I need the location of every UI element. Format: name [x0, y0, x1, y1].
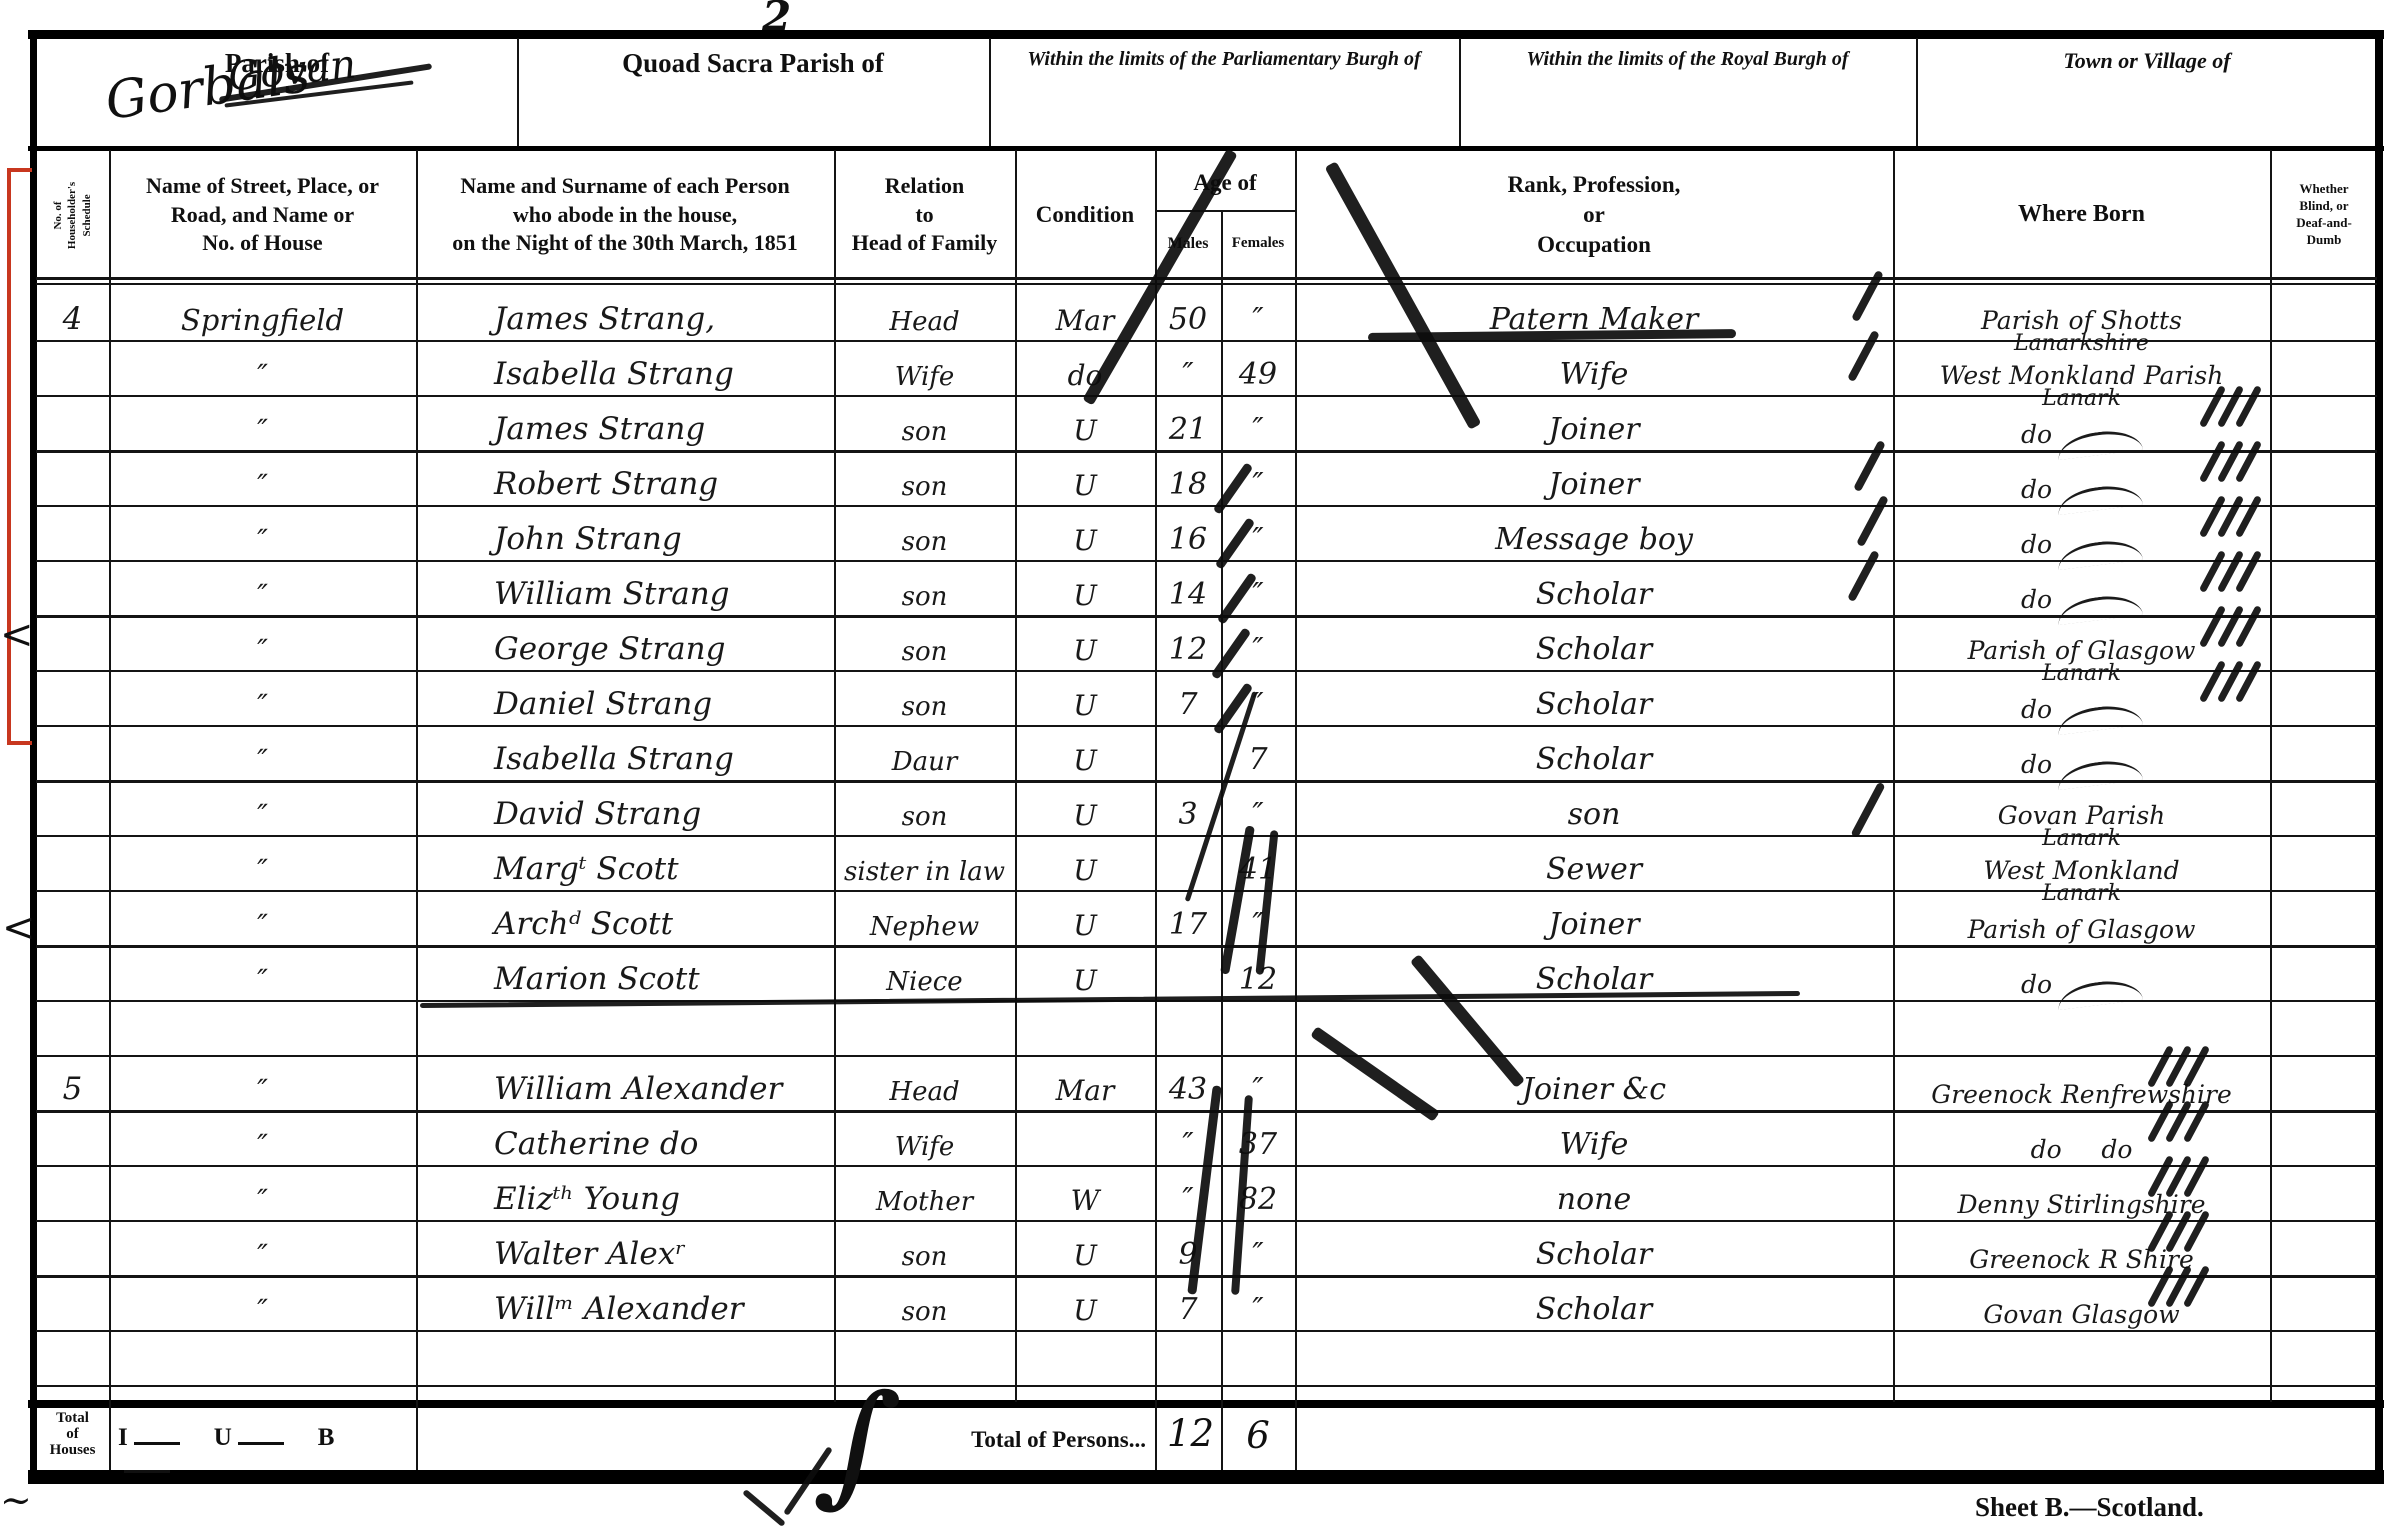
table-row: ″Archᵈ ScottNephewU17″JoinerParish of Gl…	[0, 890, 2406, 945]
cell-street: ″	[109, 505, 416, 560]
row-rule	[36, 1110, 2377, 1113]
born-value: do	[2021, 587, 2052, 612]
cell-schedule	[36, 505, 109, 560]
born-text: Govan Parish	[1998, 803, 2166, 828]
red-bracket-tick-top	[7, 168, 32, 172]
border-total-top	[28, 1400, 2384, 1408]
column-rule	[416, 150, 418, 1470]
total-houses-categories: IUB	[118, 1424, 416, 1480]
table-row: ″Isabella StrangDaurU7Scholardo	[0, 725, 2406, 780]
row-rule	[36, 1275, 2377, 1278]
row-rule	[36, 450, 2377, 453]
cell-disability	[2270, 450, 2378, 505]
born-text: West Monkland	[1983, 858, 2179, 883]
cell-name: Elizᵗʰ Young	[416, 1165, 834, 1220]
cell-condition: U	[1015, 780, 1155, 835]
row-rule	[36, 670, 2377, 672]
cell-disability	[2270, 1220, 2378, 1275]
cell-age_m	[1155, 1330, 1221, 1385]
cell-street: ″	[109, 340, 416, 395]
cell-born: do do	[1893, 1110, 2270, 1165]
cell-disability	[2270, 835, 2378, 890]
column-header-relation: Relation to Head of Family	[834, 154, 1015, 276]
quoad-sacra-section: Quoad Sacra Parish of	[517, 38, 989, 146]
cell-occupation: Joiner	[1295, 450, 1893, 505]
born-text: do	[2021, 587, 2142, 612]
houses-category-letter: U	[214, 1424, 232, 1451]
table-row: 4SpringfieldJames Strang,HeadMar50″Pater…	[0, 285, 2406, 340]
born-text: Parish of Glasgow	[1968, 638, 2196, 663]
born-value: do	[2021, 422, 2052, 447]
cell-disability	[2270, 395, 2378, 450]
cell-name: Willᵐ Alexander	[416, 1275, 834, 1330]
born-value: do	[2021, 752, 2052, 777]
cell-schedule	[36, 890, 109, 945]
cell-relation: son	[834, 670, 1015, 725]
cell-street: ″	[109, 450, 416, 505]
born-value: do	[2021, 972, 2052, 997]
cell-disability	[2270, 890, 2378, 945]
cell-name: William Strang	[416, 560, 834, 615]
row-rule	[36, 725, 2377, 727]
table-row: ″David StrangsonU3″sonGovan ParishLanark	[0, 780, 2406, 835]
cell-age_m: ″	[1155, 1165, 1221, 1220]
cell-name: Margᵗ Scott	[416, 835, 834, 890]
cell-born: Govan Glasgow	[1893, 1275, 2270, 1330]
cell-born: West Monkland ParishLanark	[1893, 340, 2270, 395]
cell-name: Archᵈ Scott	[416, 890, 834, 945]
cell-occupation: son	[1295, 780, 1893, 835]
cell-age_m: 14	[1155, 560, 1221, 615]
cell-schedule	[36, 395, 109, 450]
blank-rule	[134, 1442, 180, 1445]
table-row	[0, 1330, 2406, 1385]
row-rule	[36, 340, 2377, 342]
cell-born: Greenock Renfrewshire	[1893, 1055, 2270, 1110]
royal-burgh-section: Within the limits of the Royal Burgh of	[1459, 38, 1916, 146]
row-rule	[36, 1330, 2377, 1332]
born-value: do	[2021, 697, 2052, 722]
cell-schedule	[36, 1165, 109, 1220]
cell-relation: Head	[834, 1055, 1015, 1110]
row-rule	[36, 890, 2377, 892]
cell-disability	[2270, 1055, 2378, 1110]
column-rule	[1221, 210, 1223, 1470]
cell-relation: son	[834, 560, 1015, 615]
cell-age_f: 37	[1221, 1110, 1295, 1165]
cell-condition: U	[1015, 615, 1155, 670]
cell-age_m: 50	[1155, 285, 1221, 340]
houses-category: U	[214, 1424, 284, 1451]
born-text: West Monkland Parish	[1940, 363, 2224, 388]
cell-disability	[2270, 505, 2378, 560]
cell-name	[416, 1000, 834, 1055]
cell-relation: Niece	[834, 945, 1015, 1000]
cell-disability	[2270, 725, 2378, 780]
cell-relation: sister in law	[834, 835, 1015, 890]
cell-condition: Mar	[1015, 1055, 1155, 1110]
born-value: Govan Parish	[1998, 803, 2166, 828]
column-rule	[1155, 150, 1157, 1470]
cell-age_m	[1155, 1000, 1221, 1055]
margin-ink-mark: <	[0, 612, 34, 658]
cell-disability	[2270, 945, 2378, 1000]
cell-age_f: ″	[1221, 780, 1295, 835]
cell-occupation: Joiner	[1295, 395, 1893, 450]
cell-disability	[2270, 340, 2378, 395]
cell-schedule	[36, 835, 109, 890]
column-header-name: Name and Surname of each Person who abod…	[416, 154, 834, 276]
cell-schedule	[36, 560, 109, 615]
cell-street: Springfield	[109, 285, 416, 340]
cell-relation: son	[834, 395, 1015, 450]
cell-age_m: 7	[1155, 670, 1221, 725]
cell-disability	[2270, 780, 2378, 835]
schedule-header-label: No. of Householder's Schedule	[51, 178, 94, 251]
margin-ink-mark: ~	[0, 1478, 32, 1522]
cell-street: ″	[109, 395, 416, 450]
table-row: ″Robert StrangsonU18″Joinerdo	[0, 450, 2406, 505]
cell-street: ″	[109, 780, 416, 835]
cell-age_m: 21	[1155, 395, 1221, 450]
cell-street: ″	[109, 835, 416, 890]
cell-occupation: Scholar	[1295, 670, 1893, 725]
cell-age_f: 41	[1221, 835, 1295, 890]
cell-street: ″	[109, 1110, 416, 1165]
born-text: do	[2021, 532, 2142, 557]
cell-occupation: Scholar	[1295, 615, 1893, 670]
born-value: do do	[2031, 1137, 2133, 1162]
cell-street: ″	[109, 1275, 416, 1330]
row-rule	[36, 560, 2377, 562]
cell-schedule	[36, 340, 109, 395]
cell-relation: Wife	[834, 340, 1015, 395]
born-value: Parish of Shotts	[1981, 308, 2182, 333]
column-rule	[1459, 38, 1461, 146]
cell-street: ″	[109, 725, 416, 780]
cell-occupation: Sewer	[1295, 835, 1893, 890]
cell-schedule	[36, 1330, 109, 1385]
parliamentary-burgh-label: Within the limits of the Parliamentary B…	[1027, 48, 1420, 71]
column-header-street: Name of Street, Place, or Road, and Name…	[109, 154, 416, 276]
cell-age_m	[1155, 725, 1221, 780]
cell-age_m: ″	[1155, 340, 1221, 395]
cell-disability	[2270, 670, 2378, 725]
cell-born: Parish of Glasgow	[1893, 890, 2270, 945]
cell-condition: U	[1015, 1220, 1155, 1275]
cell-age_f: ″	[1221, 1055, 1295, 1110]
blank-rule	[238, 1442, 284, 1445]
cell-schedule	[36, 1275, 109, 1330]
column-header-age-females: Females	[1221, 212, 1295, 276]
cell-schedule	[36, 945, 109, 1000]
cell-age_f: 49	[1221, 340, 1295, 395]
cell-occupation: Scholar	[1295, 560, 1893, 615]
cell-relation: son	[834, 780, 1015, 835]
houses-category-letter: I	[118, 1424, 128, 1451]
born-text: Greenock R Shire	[1969, 1247, 2194, 1272]
cell-disability	[2270, 285, 2378, 340]
sheet-footer-label: Sheet B.—Scotland.	[1975, 1492, 2204, 1523]
town-village-label: Town or Village of	[2063, 48, 2230, 74]
cell-street: ″	[109, 615, 416, 670]
cell-name: Robert Strang	[416, 450, 834, 505]
born-value: do	[2021, 477, 2052, 502]
cell-name: Marion Scott	[416, 945, 834, 1000]
born-value: West Monkland Parish	[1940, 363, 2224, 388]
cell-street: ″	[109, 1165, 416, 1220]
cell-name: Walter Alexʳ	[416, 1220, 834, 1275]
row-rule	[36, 1385, 2377, 1387]
table-row: ″James StrangsonU21″Joinerdo	[0, 395, 2406, 450]
cell-age_m: 16	[1155, 505, 1221, 560]
born-text: Parish of Glasgow	[1968, 917, 2196, 942]
cell-condition: U	[1015, 890, 1155, 945]
column-rule	[109, 150, 111, 1470]
cell-disability	[2270, 615, 2378, 670]
cell-occupation: Scholar	[1295, 1275, 1893, 1330]
cell-name: George Strang	[416, 615, 834, 670]
cell-name: John Strang	[416, 505, 834, 560]
table-row: ″John StrangsonU16″Message boydo	[0, 505, 2406, 560]
cell-born: Greenock R Shire	[1893, 1220, 2270, 1275]
cell-born: West MonklandLanark	[1893, 835, 2270, 890]
column-rule	[1015, 150, 1017, 1402]
margin-ink-mark: <	[2, 905, 36, 951]
cell-condition	[1015, 1000, 1155, 1055]
column-rule	[1295, 150, 1297, 1470]
row-rule	[36, 1055, 2377, 1057]
cell-name: James Strang,	[416, 285, 834, 340]
cell-name: William Alexander	[416, 1055, 834, 1110]
total-houses-label: Total of Houses	[36, 1411, 109, 1458]
table-row	[0, 1000, 2406, 1055]
cell-name: Daniel Strang	[416, 670, 834, 725]
born-text: do do	[2031, 1137, 2133, 1162]
born-value: West Monkland	[1983, 858, 2179, 883]
check-ink-mark	[742, 1489, 786, 1527]
cell-street: ″	[109, 1055, 416, 1110]
cell-name: Isabella Strang	[416, 725, 834, 780]
houses-category: I	[118, 1424, 180, 1451]
cell-age_m	[1155, 835, 1221, 890]
cell-occupation	[1295, 1000, 1893, 1055]
cell-relation: Wife	[834, 1110, 1015, 1165]
column-rule	[2270, 150, 2272, 1402]
column-rule	[1893, 150, 1895, 1402]
cell-name: James Strang	[416, 395, 834, 450]
quoad-sacra-label: Quoad Sacra Parish of	[622, 48, 884, 79]
cell-schedule	[36, 1220, 109, 1275]
cell-born: Govan ParishLanark	[1893, 780, 2270, 835]
cell-born	[1893, 1330, 2270, 1385]
cell-disability	[2270, 560, 2378, 615]
cell-schedule	[36, 1110, 109, 1165]
cell-condition: W	[1015, 1165, 1155, 1220]
cell-age_f	[1221, 1000, 1295, 1055]
total-persons-label: Total of Persons...	[880, 1428, 1146, 1452]
cell-condition: U	[1015, 835, 1155, 890]
table-row: ″Willᵐ AlexandersonU7″ScholarGovan Glasg…	[0, 1275, 2406, 1330]
cell-condition: U	[1015, 670, 1155, 725]
cell-street: ″	[109, 1220, 416, 1275]
cell-relation: son	[834, 450, 1015, 505]
red-bracket-tick-bottom	[7, 741, 32, 745]
cell-relation	[834, 1000, 1015, 1055]
cell-born: do	[1893, 945, 2270, 1000]
table-row: ″George StrangsonU12″ScholarParish of Gl…	[0, 615, 2406, 670]
born-value: Parish of Glasgow	[1968, 638, 2196, 663]
cell-condition: U	[1015, 945, 1155, 1000]
cell-street	[109, 1330, 416, 1385]
cell-born: Parish of ShottsLanarkshire	[1893, 285, 2270, 340]
cell-occupation: Scholar	[1295, 945, 1893, 1000]
cell-occupation: none	[1295, 1165, 1893, 1220]
row-rule	[36, 945, 2377, 948]
rule	[1155, 210, 1295, 212]
cell-name: Isabella Strang	[416, 340, 834, 395]
red-bracket-line	[7, 168, 11, 745]
table-row: ″William StrangsonU14″Scholardo	[0, 560, 2406, 615]
cell-occupation: Wife	[1295, 1110, 1893, 1165]
blank-rule	[124, 1470, 170, 1473]
row-rule	[36, 395, 2377, 397]
cell-schedule	[36, 725, 109, 780]
column-rule	[989, 38, 991, 146]
rule	[36, 277, 2377, 280]
cell-relation: son	[834, 1220, 1015, 1275]
cell-occupation	[1295, 1330, 1893, 1385]
cell-condition: U	[1015, 725, 1155, 780]
column-header-disability: Whether Blind, or Deaf-and- Dumb	[2270, 154, 2378, 276]
cell-born: do	[1893, 725, 2270, 780]
cell-relation: Mother	[834, 1165, 1015, 1220]
cell-born: Denny Stirlingshire	[1893, 1165, 2270, 1220]
cell-disability	[2270, 1275, 2378, 1330]
cell-relation: Head	[834, 285, 1015, 340]
born-text: Parish of Shotts	[1981, 308, 2182, 333]
cell-occupation: Wife	[1295, 340, 1893, 395]
table-row: 5″William AlexanderHeadMar43″Joiner &cGr…	[0, 1055, 2406, 1110]
cell-disability	[2270, 1000, 2378, 1055]
table-row: ″Daniel StrangsonU7″Scholardo	[0, 670, 2406, 725]
cell-relation: Nephew	[834, 890, 1015, 945]
cell-age_f: 82	[1221, 1165, 1295, 1220]
total-females-value: 6	[1221, 1414, 1295, 1457]
cell-schedule	[36, 450, 109, 505]
born-text: do	[2021, 477, 2142, 502]
cell-condition: U	[1015, 395, 1155, 450]
cell-condition: U	[1015, 450, 1155, 505]
table-row: ″Isabella StrangWifedo″49WifeWest Monkla…	[0, 340, 2406, 395]
cell-schedule	[36, 670, 109, 725]
census-sheet-scan: 2 Parish of Gorbals Govan Quoad Sacra Pa…	[0, 0, 2406, 1540]
cell-name: Catherine do	[416, 1110, 834, 1165]
cell-age_f: ″	[1221, 285, 1295, 340]
cell-street: ″	[109, 890, 416, 945]
cell-occupation: Scholar	[1295, 1220, 1893, 1275]
column-rule	[517, 38, 519, 146]
cell-street: ″	[109, 670, 416, 725]
cell-condition: U	[1015, 560, 1155, 615]
cell-age_m: 12	[1155, 615, 1221, 670]
cell-age_f	[1221, 1330, 1295, 1385]
cell-street: ″	[109, 560, 416, 615]
born-text: do	[2021, 972, 2142, 997]
born-value: Greenock R Shire	[1969, 1247, 2194, 1272]
cell-occupation: Joiner	[1295, 890, 1893, 945]
cell-disability	[2270, 1330, 2378, 1385]
cell-occupation: Scholar	[1295, 725, 1893, 780]
column-rule	[834, 150, 836, 1402]
cell-disability	[2270, 1110, 2378, 1165]
cell-condition: U	[1015, 505, 1155, 560]
cell-condition	[1015, 1110, 1155, 1165]
houses-category-letter: B	[318, 1424, 335, 1451]
border-header-bottom	[28, 146, 2384, 151]
cell-name	[416, 1330, 834, 1385]
cell-age_m: 18	[1155, 450, 1221, 505]
cell-relation: son	[834, 1275, 1015, 1330]
royal-burgh-label: Within the limits of the Royal Burgh of	[1526, 48, 1848, 71]
cell-condition: do	[1015, 340, 1155, 395]
cell-relation: Daur	[834, 725, 1015, 780]
cell-age_m	[1155, 945, 1221, 1000]
born-text: do	[2021, 422, 2142, 447]
cell-schedule	[36, 615, 109, 670]
cell-schedule: 4	[36, 285, 109, 340]
born-text: do	[2021, 752, 2142, 777]
row-rule	[36, 615, 2377, 618]
cell-age_m: 9	[1155, 1220, 1221, 1275]
parliamentary-burgh-section: Within the limits of the Parliamentary B…	[989, 38, 1459, 146]
cell-born	[1893, 1000, 2270, 1055]
cell-occupation: Message boy	[1295, 505, 1893, 560]
column-header-condition: Condition	[1015, 154, 1155, 276]
born-value: do	[2021, 532, 2052, 557]
cell-condition: U	[1015, 1275, 1155, 1330]
cell-disability	[2270, 1165, 2378, 1220]
cell-name: David Strang	[416, 780, 834, 835]
column-rule	[1916, 38, 1918, 146]
cell-street	[109, 1000, 416, 1055]
column-header-schedule: No. of Householder's Schedule	[36, 154, 109, 276]
cell-street: ″	[109, 945, 416, 1000]
table-row: ″Marion ScottNieceU12Scholardo	[0, 945, 2406, 1000]
cell-schedule	[36, 1000, 109, 1055]
total-males-value: 12	[1160, 1412, 1221, 1455]
town-village-section: Town or Village of	[1916, 38, 2378, 146]
cell-condition	[1015, 1330, 1155, 1385]
cell-age_f: ″	[1221, 395, 1295, 450]
row-rule	[36, 505, 2377, 507]
cell-relation: son	[834, 505, 1015, 560]
row-rule	[36, 1220, 2377, 1222]
row-rule	[36, 780, 2377, 783]
column-header-born: Where Born	[1893, 154, 2270, 276]
born-text: do	[2021, 697, 2142, 722]
cell-schedule	[36, 780, 109, 835]
cell-schedule: 5	[36, 1055, 109, 1110]
cell-relation: son	[834, 615, 1015, 670]
born-value: Parish of Glasgow	[1968, 917, 2196, 942]
